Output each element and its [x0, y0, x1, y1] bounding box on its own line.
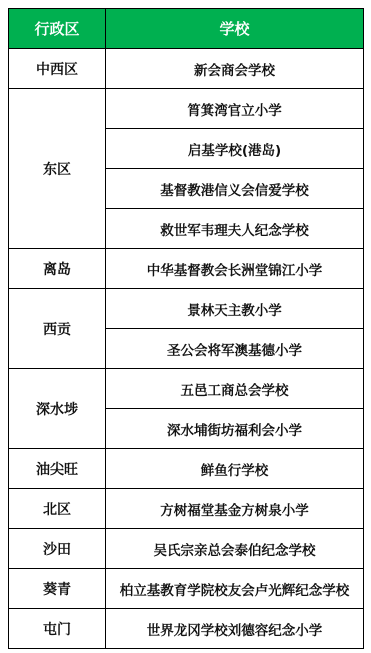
school-cell: 基督教港信义会信爱学校 [106, 169, 364, 209]
school-cell: 鲜鱼行学校 [106, 449, 364, 489]
school-cell: 吴氏宗亲总会泰伯纪念学校 [106, 529, 364, 569]
school-cell: 深水埔街坊福利会小学 [106, 409, 364, 449]
table-row: 北区 方树福堂基金方树泉小学 [9, 489, 364, 529]
table-row: 西贡 景林天主教小学 [9, 289, 364, 329]
district-cell: 屯门 [9, 609, 106, 649]
table-row: 油尖旺 鲜鱼行学校 [9, 449, 364, 489]
district-cell: 葵青 [9, 569, 106, 609]
table-row: 东区 筲箕湾官立小学 [9, 89, 364, 129]
district-cell: 深水埗 [9, 369, 106, 449]
school-cell: 世界龙冈学校刘德容纪念小学 [106, 609, 364, 649]
school-cell: 五邑工商总会学校 [106, 369, 364, 409]
school-cell: 启基学校(港岛) [106, 129, 364, 169]
school-cell: 救世军韦理夫人纪念学校 [106, 209, 364, 249]
table-row: 沙田 吴氏宗亲总会泰伯纪念学校 [9, 529, 364, 569]
header-school: 学校 [106, 9, 364, 49]
school-cell: 方树福堂基金方树泉小学 [106, 489, 364, 529]
district-cell: 沙田 [9, 529, 106, 569]
district-cell: 离岛 [9, 249, 106, 289]
school-cell: 新会商会学校 [106, 49, 364, 89]
header-district: 行政区 [9, 9, 106, 49]
district-cell: 东区 [9, 89, 106, 249]
school-cell: 圣公会将军澳基德小学 [106, 329, 364, 369]
school-cell: 中华基督教会长洲堂锦江小学 [106, 249, 364, 289]
table-row: 中西区 新会商会学校 [9, 49, 364, 89]
school-cell: 柏立基教育学院校友会卢光辉纪念学校 [106, 569, 364, 609]
district-cell: 西贡 [9, 289, 106, 369]
table-header-row: 行政区 学校 [9, 9, 364, 49]
district-schools-table: 行政区 学校 中西区 新会商会学校 东区 筲箕湾官立小学 启基学校(港岛) 基督… [8, 8, 364, 649]
school-cell: 筲箕湾官立小学 [106, 89, 364, 129]
table-row: 离岛 中华基督教会长洲堂锦江小学 [9, 249, 364, 289]
school-cell: 景林天主教小学 [106, 289, 364, 329]
table-row: 深水埗 五邑工商总会学校 [9, 369, 364, 409]
district-cell: 中西区 [9, 49, 106, 89]
district-cell: 油尖旺 [9, 449, 106, 489]
table-row: 葵青 柏立基教育学院校友会卢光辉纪念学校 [9, 569, 364, 609]
district-cell: 北区 [9, 489, 106, 529]
table-row: 屯门 世界龙冈学校刘德容纪念小学 [9, 609, 364, 649]
